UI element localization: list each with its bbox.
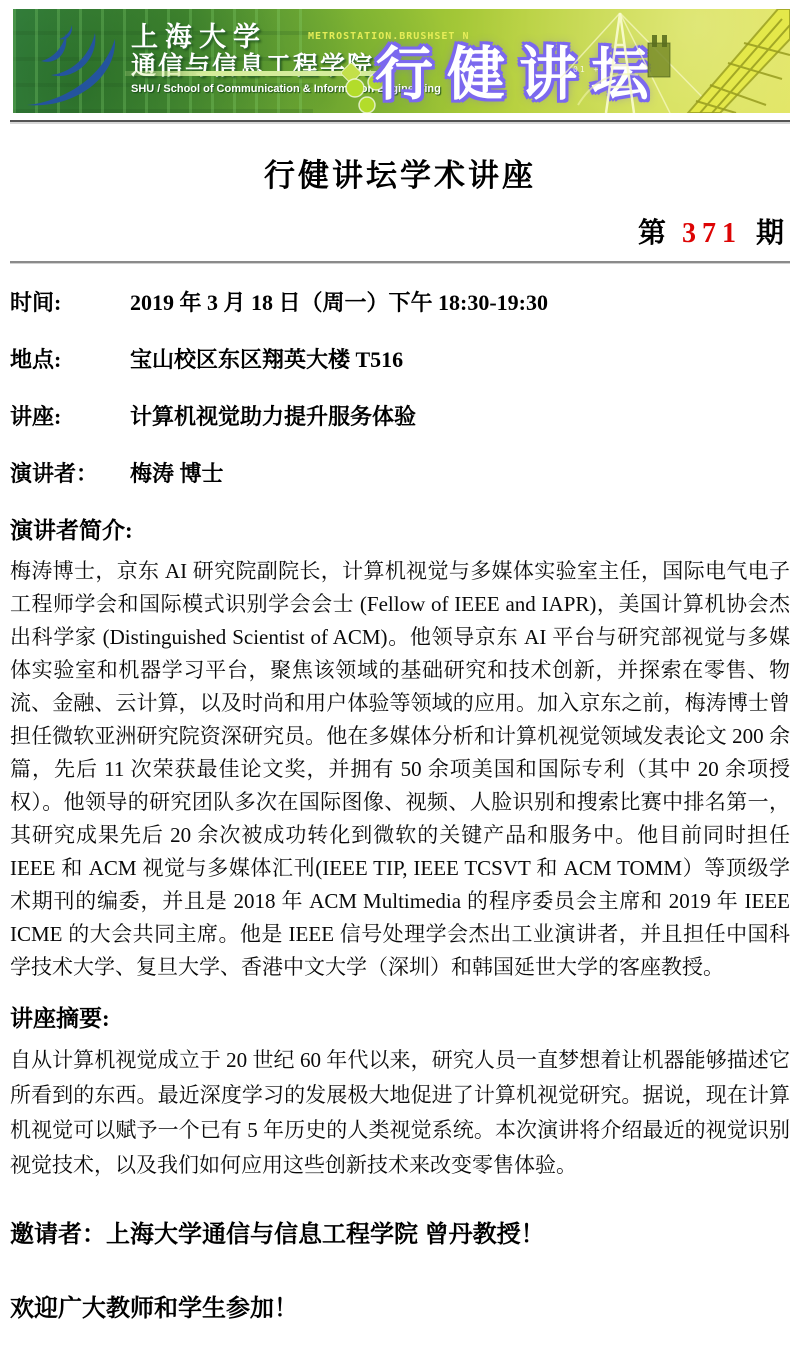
topic-label: 讲座: <box>10 402 130 432</box>
school-logo-icon <box>21 13 127 111</box>
topic-value: 计算机视觉助力提升服务体验 <box>130 402 416 432</box>
second-divider <box>10 261 790 264</box>
info-row-topic: 讲座: 计算机视觉助力提升服务体验 <box>10 402 790 432</box>
antenna-tower-icon <box>560 9 790 113</box>
time-label: 时间: <box>10 288 130 318</box>
bio-heading: 演讲者简介: <box>10 516 790 546</box>
speaker-label: 演讲者： <box>10 459 130 489</box>
speaker-value: 梅涛 博士 <box>130 459 224 489</box>
issue-number: 371 <box>682 218 742 249</box>
header-banner: 上海大学 通信与信息工程学院 SHU / School of Communica… <box>13 9 790 113</box>
time-value: 2019 年 3 月 18 日（周一）下午 18:30-19:30 <box>130 288 548 318</box>
inviter-line: 邀请者：上海大学通信与信息工程学院 曾丹教授！ <box>10 1220 790 1250</box>
page-title: 行健讲坛学术讲座 <box>0 150 800 195</box>
welcome-line: 欢迎广大教师和学生参加！ <box>10 1294 790 1324</box>
lecture-info: 时间: 2019 年 3 月 18 日（周一）下午 18:30-19:30 地点… <box>10 288 790 489</box>
top-divider <box>10 120 790 124</box>
location-value: 宝山校区东区翔英大楼 T516 <box>130 345 403 375</box>
location-label: 地点: <box>10 345 130 375</box>
abstract-heading: 讲座摘要: <box>10 1004 790 1034</box>
issue-suffix: 期 <box>756 218 786 249</box>
abstract-paragraph: 自从计算机视觉成立于 20 世纪 60 年代以来，研究人员一直梦想着让机器能够描… <box>10 1043 790 1183</box>
issue-prefix: 第 <box>638 218 668 249</box>
info-row-speaker: 演讲者： 梅涛 博士 <box>10 459 790 489</box>
issue-line: 第371期 <box>0 211 800 251</box>
info-row-location: 地点: 宝山校区东区翔英大楼 T516 <box>10 345 790 375</box>
info-row-time: 时间: 2019 年 3 月 18 日（周一）下午 18:30-19:30 <box>10 288 790 318</box>
bio-paragraph: 梅涛博士，京东 AI 研究院副院长，计算机视觉与多媒体实验室主任，国际电气电子工… <box>10 555 790 984</box>
